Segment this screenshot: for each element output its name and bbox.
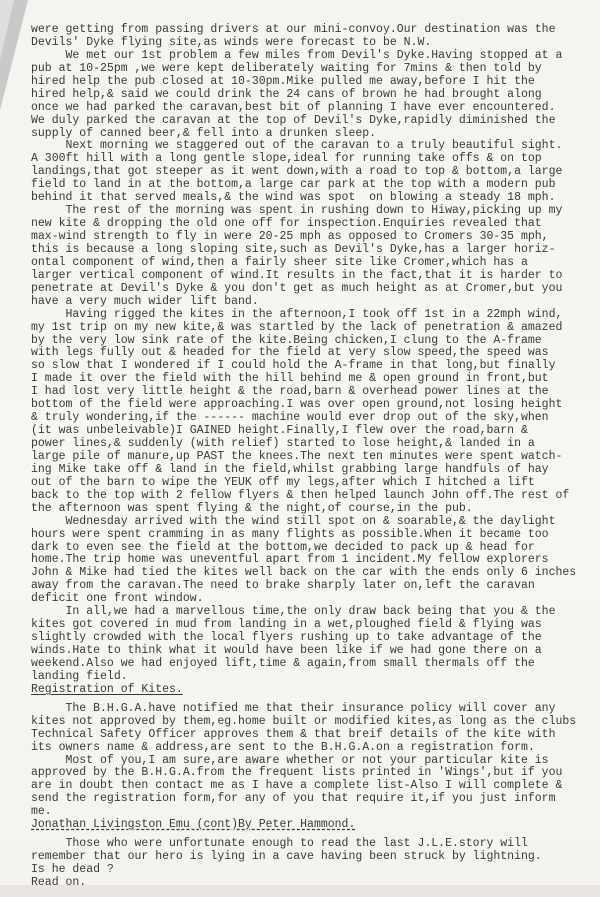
text-line: ontal component of wind,then a fairly sh… xyxy=(31,257,596,270)
text-line: out of the barn to wipe the YEUK off my … xyxy=(31,477,596,490)
typewritten-text: were getting from passing drivers at our… xyxy=(31,24,596,890)
torn-page-corner-highlight xyxy=(0,0,14,60)
text-line: hours were spent cramming in as many fli… xyxy=(31,529,596,542)
text-line: Wednesday arrived with the wind still sp… xyxy=(31,516,596,529)
text-line: power lines,& suddenly (with relief) sta… xyxy=(31,438,596,451)
text-line: hired help,& said we could drink the 24 … xyxy=(31,89,596,102)
text-line: The B.H.G.A.have notified me that their … xyxy=(31,703,596,716)
text-line: hired help the pub closed at 10-30pm.Mik… xyxy=(31,76,596,89)
text-line: this is because a long sloping site,such… xyxy=(31,244,596,257)
text-line: Having rigged the kites in the afternoon… xyxy=(31,309,596,322)
text-line: remember that our hero is lying in a cav… xyxy=(31,851,596,864)
text-line: larger vertical component of wind.It res… xyxy=(31,270,596,283)
text-line: back to the top with 2 fellow flyers & t… xyxy=(31,490,596,503)
text-line: Devils' Dyke flying site,as winds were f… xyxy=(31,37,596,50)
text-line: the afternoon was spent flying & the nig… xyxy=(31,503,596,516)
text-line: landing field. xyxy=(31,671,596,684)
text-line: penetrate at Devil's Dyke & you don't ge… xyxy=(31,283,596,296)
text-line: Is he dead ? xyxy=(31,864,596,877)
text-line: once we had parked the caravan,best bit … xyxy=(31,102,596,115)
text-line: Read on. xyxy=(31,877,596,890)
text-line: its owners name & address,are sent to th… xyxy=(31,742,596,755)
text-line: were getting from passing drivers at our… xyxy=(31,24,596,37)
text-line: Technical Safety Officer approves them &… xyxy=(31,729,596,742)
text-line: ing Mike take off & land in the field,wh… xyxy=(31,464,596,477)
text-line: We met our 1st problem a few miles from … xyxy=(31,50,596,63)
section-heading: Jonathan Livingston Emu (cont)By Peter H… xyxy=(31,819,596,832)
text-line: my 1st trip on my new kite,& was startle… xyxy=(31,322,596,335)
text-line: have a very much wider lift band. xyxy=(31,296,596,309)
document-page: were getting from passing drivers at our… xyxy=(0,0,600,897)
text-line: large pile of manure,up PAST the knees.T… xyxy=(31,451,596,464)
section-heading: Registration of Kites. xyxy=(31,684,596,697)
text-line: kites not approved by them,eg.home built… xyxy=(31,716,596,729)
text-line: We duly parked the caravan at the top of… xyxy=(31,115,596,128)
text-line: max-wind strength to fly in were 20-25 m… xyxy=(31,231,596,244)
text-line: send the registration form,for any of yo… xyxy=(31,793,596,806)
text-line: weekend.Also we had enjoyed lift,time & … xyxy=(31,658,596,671)
text-line: pub at 10-25pm ,we were kept deliberatel… xyxy=(31,63,596,76)
text-line: winds.Hate to think what it would have b… xyxy=(31,645,596,658)
